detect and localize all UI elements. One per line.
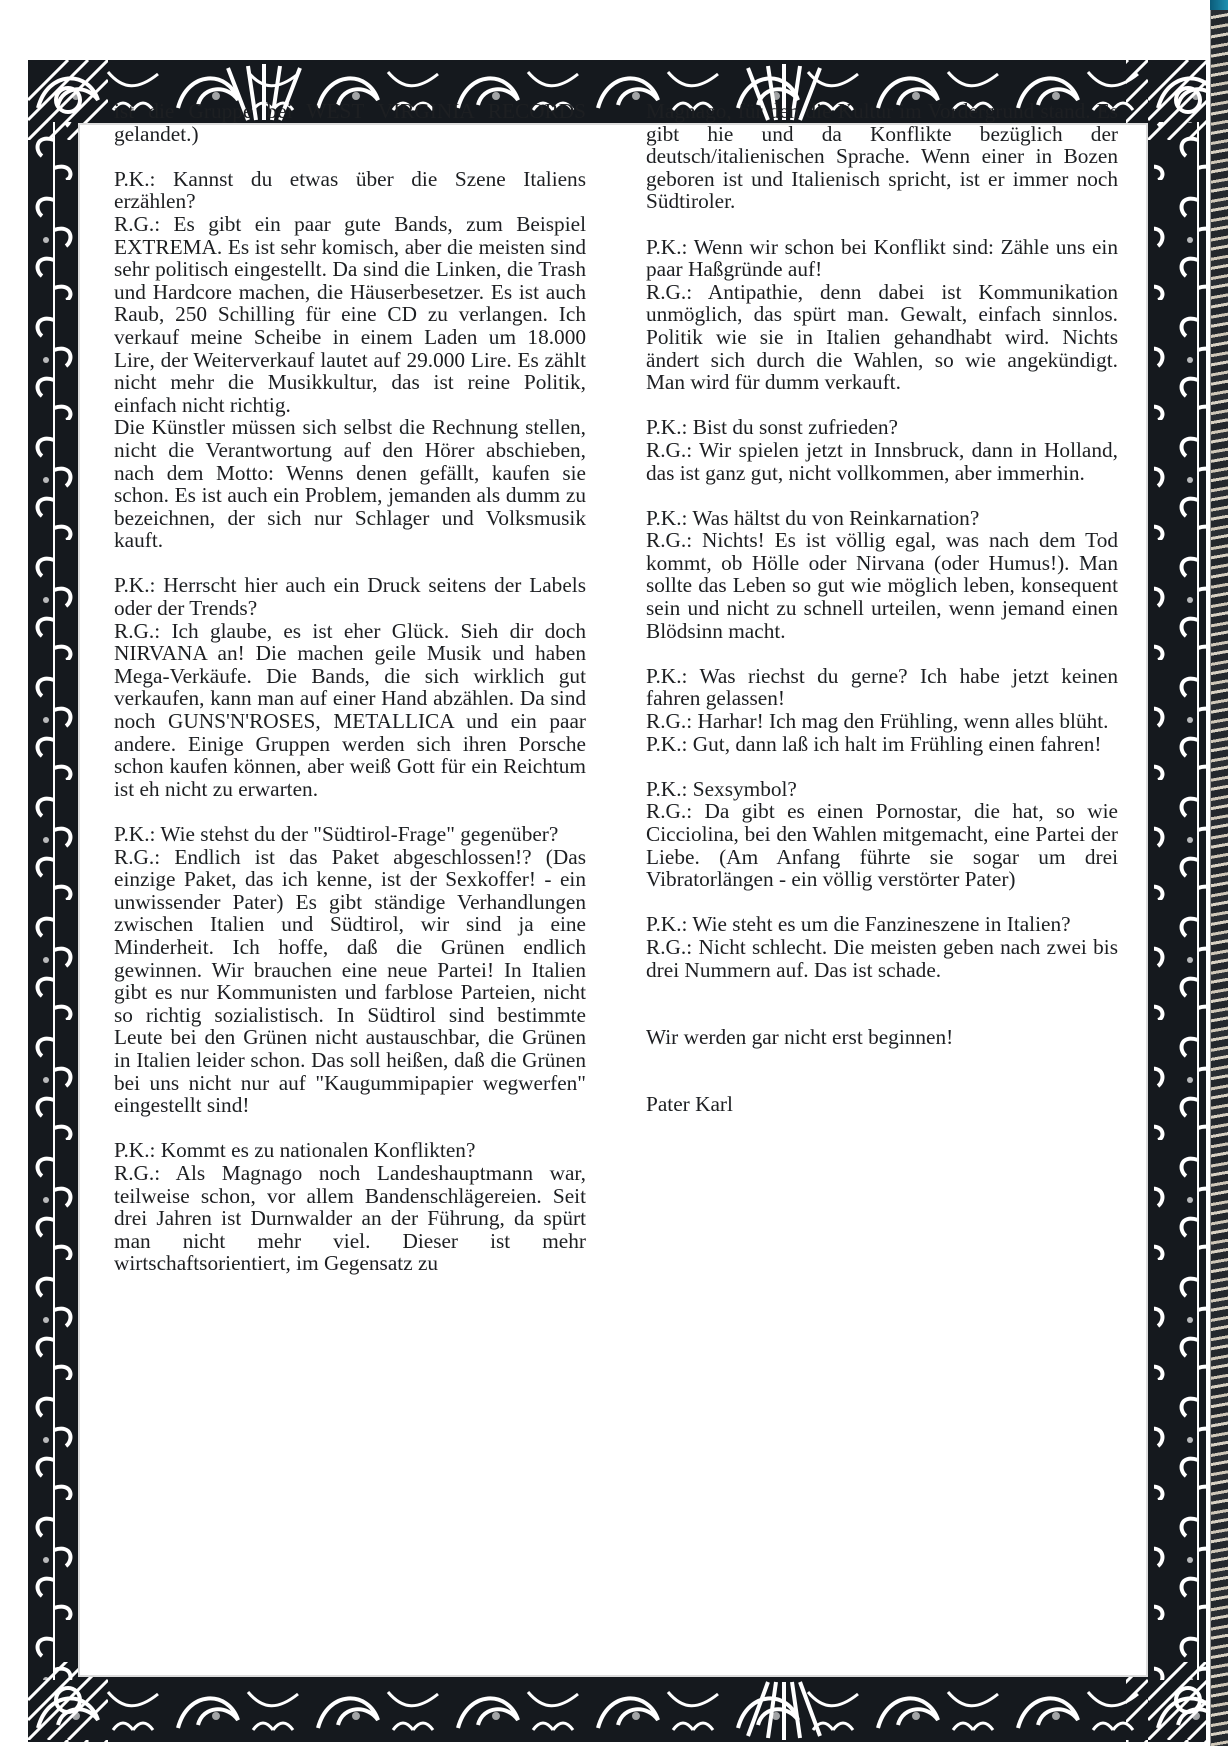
interview-section: ist die Gruppe bei WEST VIRGINIA RECORDS… (114, 100, 586, 145)
paragraph: Magnago, für den die Kultur im Vordergru… (646, 100, 1118, 213)
interview-section: P.K.: Was hältst du von Reinkarnation?R.… (646, 507, 1118, 643)
interview-section: P.K.: Kannst du etwas über die Szene Ita… (114, 168, 586, 552)
question-paragraph: P.K.: Herrscht hier auch ein Druck seite… (114, 574, 586, 619)
question-paragraph: P.K.: Kommt es zu nationalen Konflikten? (114, 1139, 586, 1162)
interview-section: P.K.: Sexsymbol?R.G.: Da gibt es einen P… (646, 778, 1118, 891)
answer-paragraph: R.G.: Harhar! Ich mag den Frühling, wenn… (646, 710, 1118, 733)
answer-paragraph: R.G.: Endlich ist das Paket abgeschlosse… (114, 846, 586, 1117)
interview-section: P.K.: Bist du sonst zufrieden?R.G.: Wir … (646, 416, 1118, 484)
answer-paragraph: R.G.: Nichts! Es ist völlig egal, was na… (646, 529, 1118, 642)
answer-paragraph: R.G.: Ich glaube, es ist eher Glück. Sie… (114, 620, 586, 801)
spacer (646, 1004, 1118, 1027)
question-paragraph: P.K.: Gut, dann laß ich halt im Frühling… (646, 733, 1118, 756)
answer-paragraph: R.G.: Wir spielen jetzt in Innsbruck, da… (646, 439, 1118, 484)
closing-statement: Wir werden gar nicht erst beginnen! (646, 1026, 1118, 1049)
question-paragraph: P.K.: Wenn wir schon bei Konflikt sind: … (646, 236, 1118, 281)
author-signature: Pater Karl (646, 1093, 1118, 1116)
answer-paragraph: R.G.: Nicht schlecht. Die meisten geben … (646, 936, 1118, 981)
interview-section: P.K.: Wenn wir schon bei Konflikt sind: … (646, 236, 1118, 394)
interview-section: P.K.: Wie steht es um die Fanzineszene i… (646, 913, 1118, 981)
right-column: Magnago, für den die Kultur im Vordergru… (646, 100, 1118, 1116)
answer-paragraph: R.G.: Es gibt ein paar gute Bands, zum B… (114, 213, 586, 416)
adjacent-page-edge (1210, 10, 1228, 1746)
question-paragraph: P.K.: Bist du sonst zufrieden? (646, 416, 1118, 439)
left-column: ist die Gruppe bei WEST VIRGINIA RECORDS… (114, 100, 586, 1297)
interview-section: P.K.: Was riechst du gerne? Ich habe jet… (646, 665, 1118, 755)
question-paragraph: P.K.: Sexsymbol? (646, 778, 1118, 801)
answer-paragraph: R.G.: Da gibt es einen Pornostar, die ha… (646, 800, 1118, 890)
interview-section: P.K.: Kommt es zu nationalen Konflikten?… (114, 1139, 586, 1275)
answer-paragraph: R.G.: Antipathie, denn dabei ist Kommuni… (646, 281, 1118, 394)
question-paragraph: P.K.: Wie stehst du der "Südtirol-Frage"… (114, 823, 586, 846)
question-paragraph: P.K.: Was hältst du von Reinkarnation? (646, 507, 1118, 530)
question-paragraph: P.K.: Wie steht es um die Fanzineszene i… (646, 913, 1118, 936)
question-paragraph: P.K.: Kannst du etwas über die Szene Ita… (114, 168, 586, 213)
answer-paragraph: R.G.: Als Magnago noch Landeshauptmann w… (114, 1162, 586, 1275)
interview-section: P.K.: Herrscht hier auch ein Druck seite… (114, 574, 586, 800)
paragraph: ist die Gruppe bei WEST VIRGINIA RECORDS… (114, 100, 586, 145)
interview-section: P.K.: Wie stehst du der "Südtirol-Frage"… (114, 823, 586, 1117)
paragraph: Die Künstler müssen sich selbst die Rech… (114, 416, 586, 552)
question-paragraph: P.K.: Was riechst du gerne? Ich habe jet… (646, 665, 1118, 710)
interview-section: Magnago, für den die Kultur im Vordergru… (646, 100, 1118, 213)
